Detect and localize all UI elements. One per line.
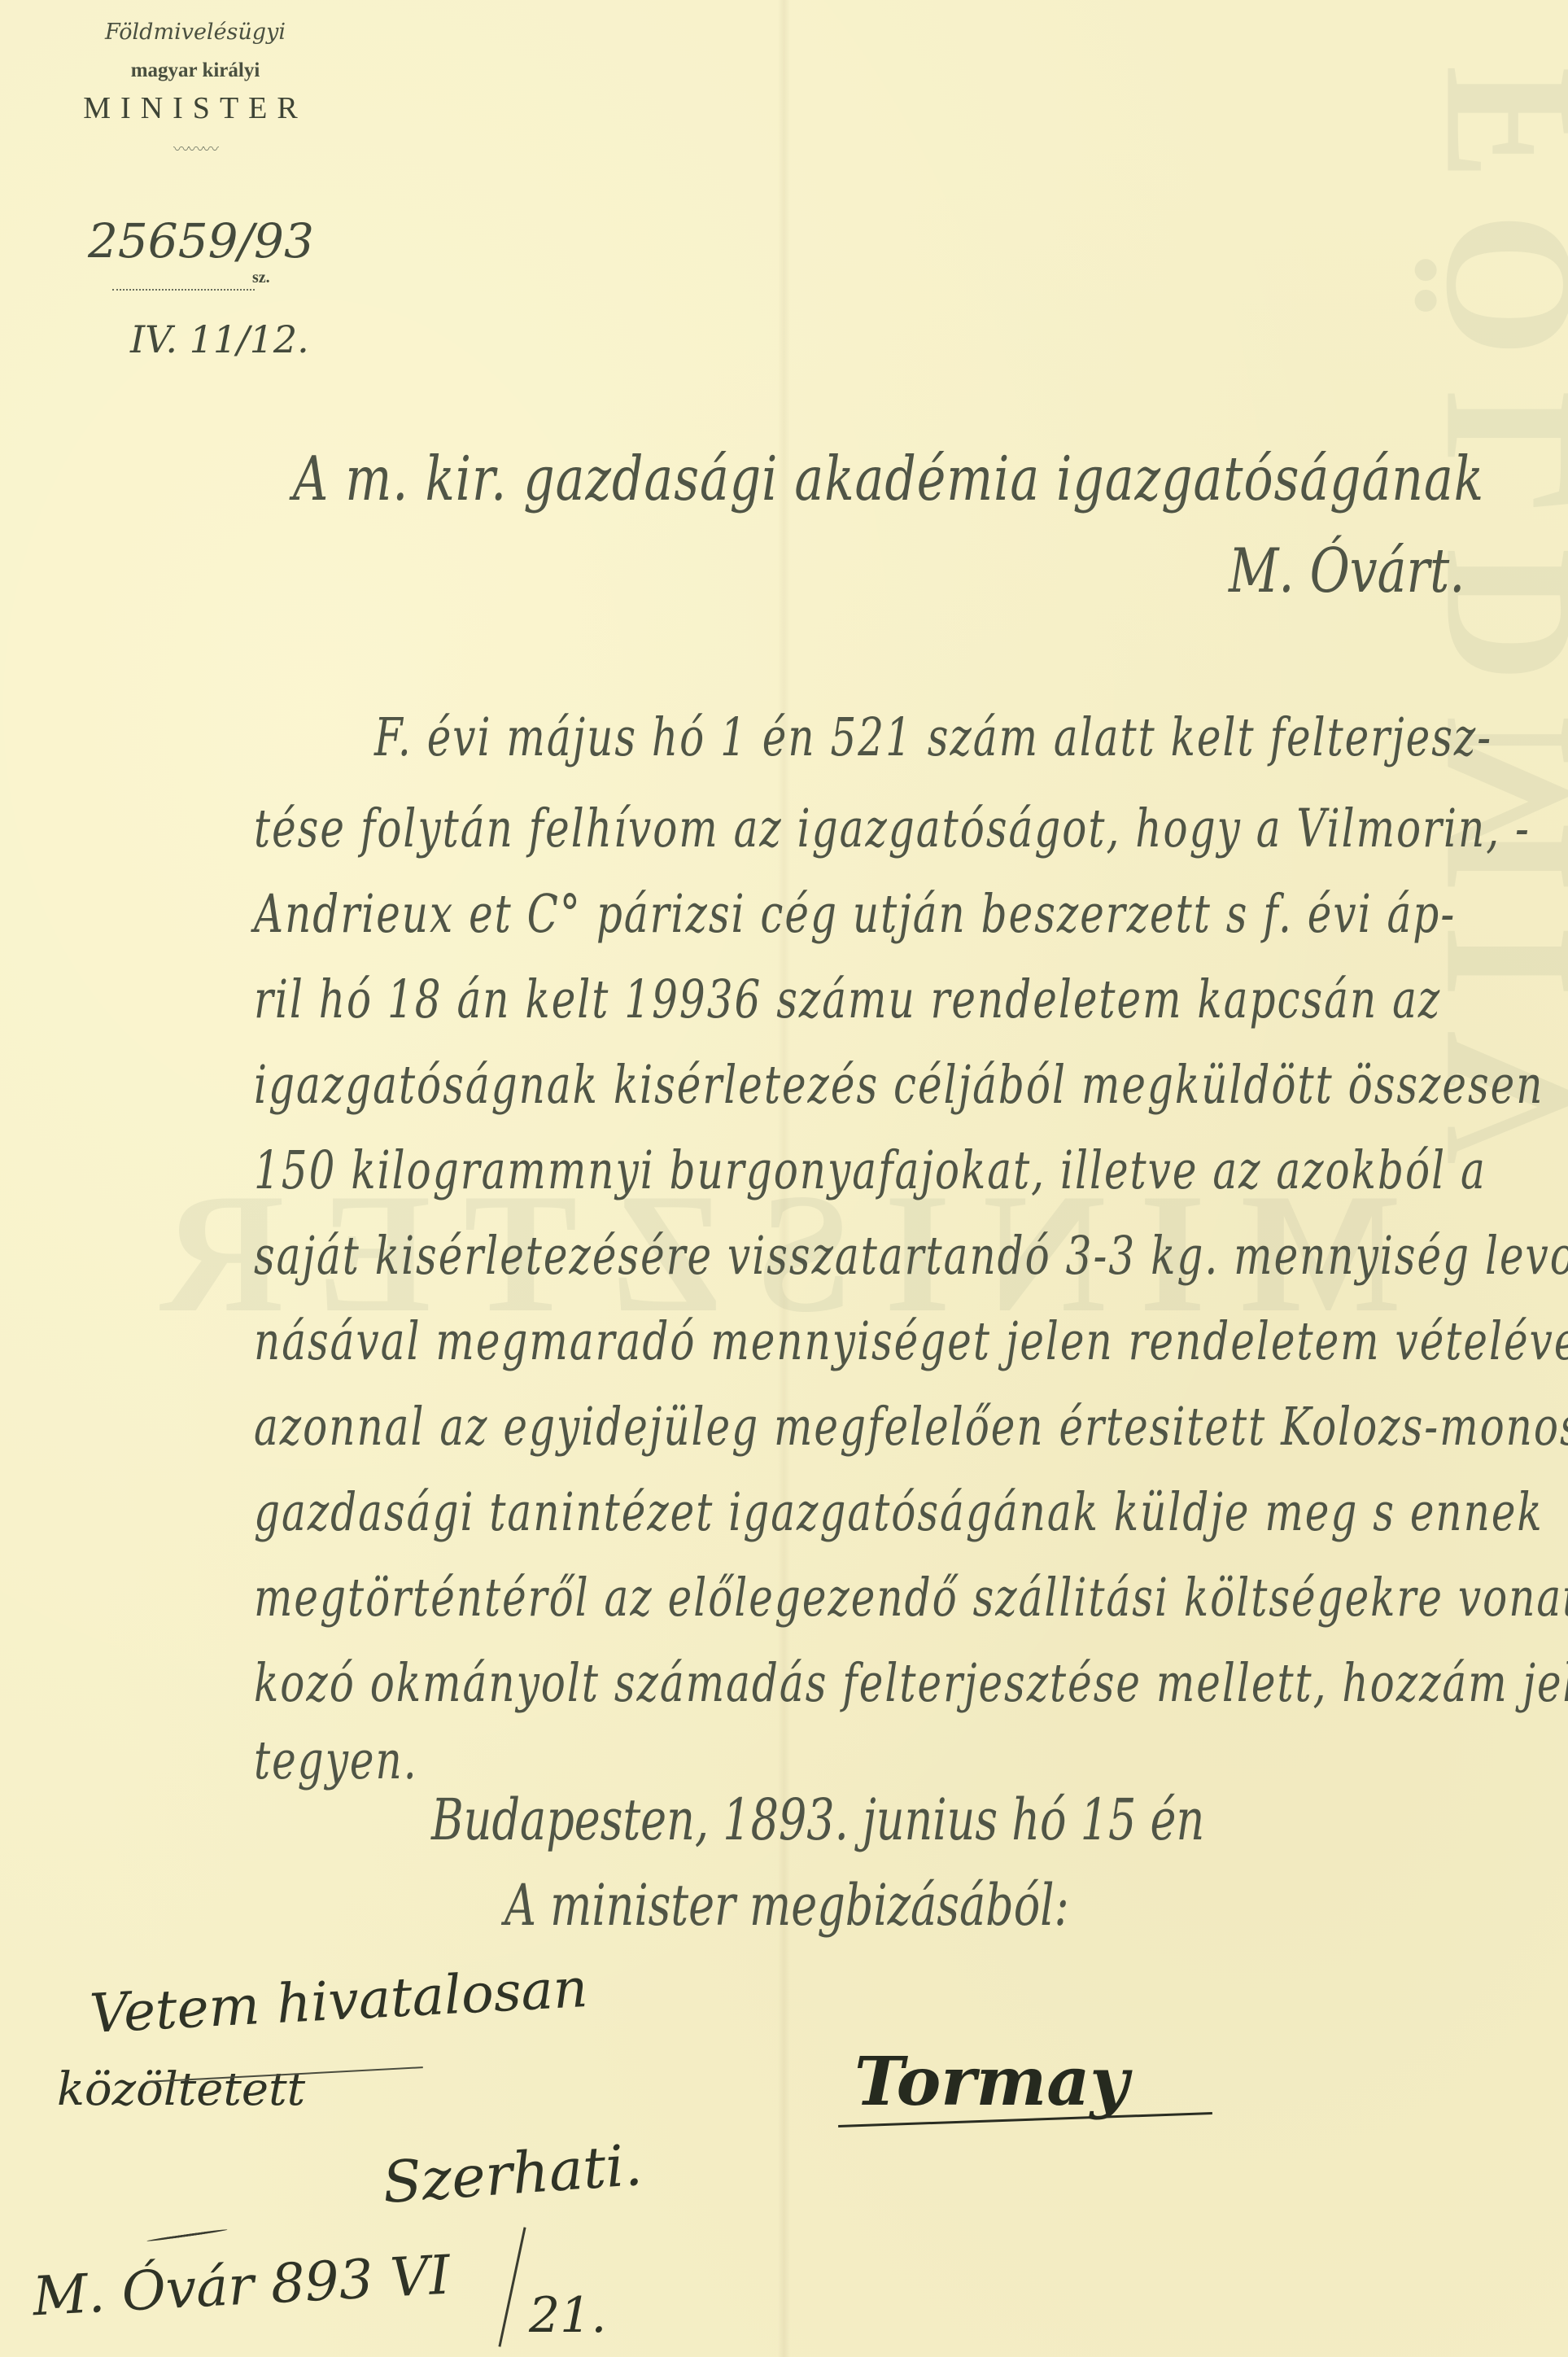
receipt-slash <box>498 2227 526 2346</box>
letterhead-subtitle: magyar királyi <box>49 59 342 82</box>
body-line: tése folytán felhívom az igazgatóságot, … <box>254 798 1531 859</box>
addressee-city: M. Óvárt. <box>1229 536 1465 607</box>
addressee-line: A m. kir. gazdasági akadémia igazgatóság… <box>293 444 1484 515</box>
letterhead: Földmivelésügyi magyar királyi MINISTER … <box>49 20 342 160</box>
letterhead-department: Földmivelésügyi <box>49 20 342 45</box>
body-line: gazdasági tanintézet igazgatóságának kül… <box>254 1481 1544 1542</box>
official-note-line2: közöltetett <box>57 2063 305 2116</box>
minister-signature: Tormay <box>854 2043 1129 2121</box>
reference-suffix: sz. <box>252 269 270 287</box>
reference-dotted-line <box>112 289 255 291</box>
body-line: saját kisérletezésére visszatartandó 3-3… <box>254 1225 1568 1286</box>
body-line: igazgatóságnak kisérletezés céljából meg… <box>254 1054 1544 1115</box>
receipt-day: 21. <box>529 2287 606 2344</box>
body-line: kozó okmányolt számadás felterjesztése m… <box>254 1652 1568 1713</box>
official-note-line1: Vetem hivatalosan <box>88 1957 589 2045</box>
letterhead-title: MINISTER <box>49 90 342 126</box>
body-line: azonnal az egyidejüleg megfelelően értes… <box>254 1396 1568 1457</box>
body-line: násával megmaradó mennyiséget jelen rend… <box>254 1310 1568 1371</box>
body-line: 150 kilogrammnyi burgonyafajokat, illetv… <box>254 1139 1487 1200</box>
receipt-overline <box>146 2228 227 2242</box>
body-line: tegyen. <box>254 1729 418 1791</box>
reference-number: 25659/93 <box>88 213 314 269</box>
place-date: Budapesten, 1893. junius hó 15 én <box>431 1786 1204 1853</box>
body-line: Andrieux et C° párizsi cég utján beszerz… <box>254 883 1456 944</box>
letterhead-flourish-icon: 〰〰〰 <box>49 136 342 160</box>
reference-section: IV. 11/12. <box>130 317 309 361</box>
body-line: F. évi május hó 1 én 521 szám alatt kelt… <box>374 706 1492 767</box>
body-line: ril hó 18 án kelt 19936 számu rendeletem… <box>254 969 1441 1030</box>
receipt-note: M. Óvár 893 VI <box>31 2244 452 2329</box>
clerk-signature: Szerhati. <box>381 2132 644 2216</box>
authority-line: A minister megbizásából: <box>504 1872 1069 1939</box>
body-line: megtörténtéről az előlegezendő szállitás… <box>254 1567 1568 1628</box>
